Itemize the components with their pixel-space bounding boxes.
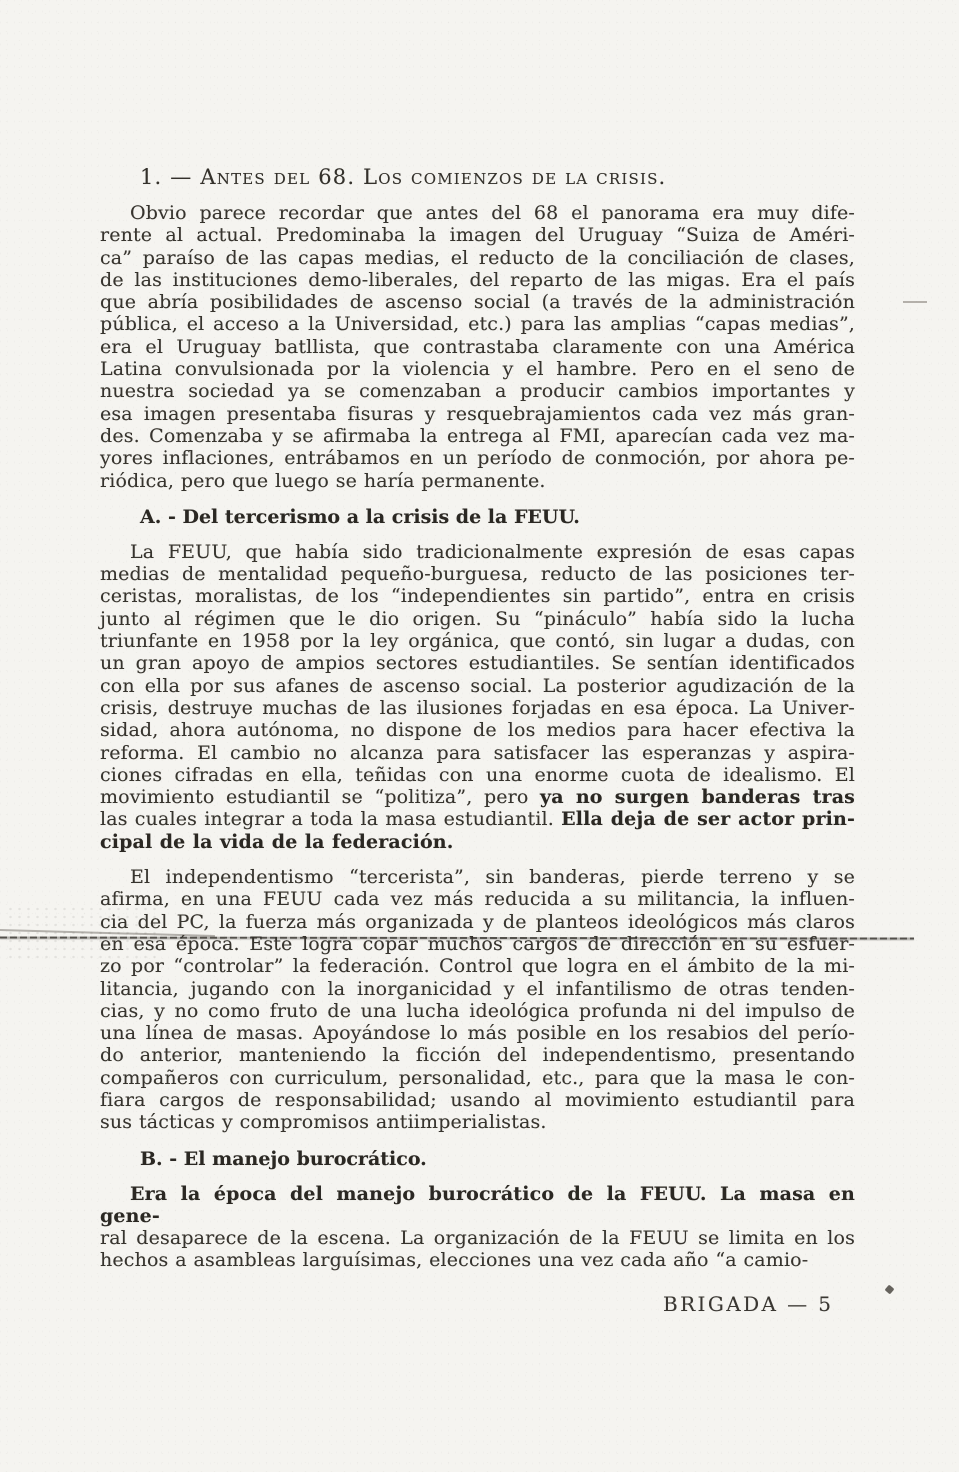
text-line: hechos a asambleas larguísimas, eleccion… <box>100 1249 855 1271</box>
text-line: que abría posibilidades de ascenso socia… <box>100 291 855 313</box>
text-line: litancia, jugando con la inorganicidad y… <box>100 978 855 1000</box>
text-line: ral desaparece de la escena. La organiza… <box>100 1227 855 1249</box>
document-body: 1. — Antes del 68. Los comienzos de la c… <box>100 165 855 1285</box>
text-line: des. Comenzaba y se afirmaba la entrega … <box>100 425 855 447</box>
text-line: pública, el acceso a la Universidad, etc… <box>100 313 855 335</box>
text-line: riódica, pero que luego se haría permane… <box>100 470 855 492</box>
text-line: Latina convulsionada por la violencia y … <box>100 358 855 380</box>
text-line: era el Uruguay batllista, que contrastab… <box>100 336 855 358</box>
text-line: rente al actual. Predominaba la imagen d… <box>100 224 855 246</box>
page-footer: BRIGADA — 5 <box>663 1292 833 1316</box>
text-line: de las instituciones demo-liberales, del… <box>100 269 855 291</box>
text-line: sus tácticas y compromisos antiimperiali… <box>100 1111 855 1133</box>
text-line: nuestra sociedad ya se comenzaban a prod… <box>100 380 855 402</box>
text-line: triunfante en 1958 por la ley orgánica, … <box>100 630 855 652</box>
text-line: yores inflaciones, entrábamos en un perí… <box>100 447 855 469</box>
text-line: cias, y no como fruto de una lucha ideol… <box>100 1000 855 1022</box>
text-line: zo por “controlar” la federación. Contro… <box>100 955 855 977</box>
text-line: crisis, destruye muchas de las ilusiones… <box>100 697 855 719</box>
text-line: una línea de masas. Apoyándose lo más po… <box>100 1022 855 1044</box>
text-line: La FEUU, que había sido tradicionalmente… <box>100 541 855 563</box>
text-line: compañeros con curriculum, personalidad,… <box>100 1067 855 1089</box>
scanned-page: 1. — Antes del 68. Los comienzos de la c… <box>0 0 959 1472</box>
text-line: junto al régimen que le dio origen. Su “… <box>100 608 855 630</box>
text-line: las cuales integrar a toda la masa estud… <box>100 808 855 830</box>
para-feuu-crisis: La FEUU, que había sido tradicionalmente… <box>100 541 855 853</box>
text-line: un gran apoyo de ampios sectores estudia… <box>100 652 855 674</box>
text-line: fiara cargos de responsabilidad; usando … <box>100 1089 855 1111</box>
text-line: sidad, ahora autónoma, no dispone de los… <box>100 719 855 741</box>
margin-dash-artifact <box>903 301 927 303</box>
text-line: reforma. El cambio no alcanza para satis… <box>100 742 855 764</box>
text-line: esa imagen presentaba fisuras y resquebr… <box>100 403 855 425</box>
text-line: movimiento estudiantil se “politiza”, pe… <box>100 786 855 808</box>
text-line: Era la época del manejo burocrático de l… <box>100 1183 855 1228</box>
text-line: ciones cifradas en ella, teñidas con una… <box>100 764 855 786</box>
text-line: ceristas, moralistas, de los “independie… <box>100 585 855 607</box>
text-line: ca” paraíso de las capas medias, el redu… <box>100 247 855 269</box>
main-heading: 1. — Antes del 68. Los comienzos de la c… <box>140 165 855 189</box>
text-line: con ella por sus afanes de ascenso socia… <box>100 675 855 697</box>
text-line: Obvio parece recordar que antes del 68 e… <box>100 202 855 224</box>
ink-speck-artifact <box>885 1285 895 1295</box>
para-manejo-burocratico: Era la época del manejo burocrático de l… <box>100 1183 855 1272</box>
section-b-heading: B. - El manejo burocrático. <box>140 1148 855 1170</box>
text-line: medias de mentalidad pequeño-burguesa, r… <box>100 563 855 585</box>
section-a-heading: A. - Del tercerismo a la crisis de la FE… <box>140 506 855 528</box>
text-line: do anterior, manteniendo la ficción del … <box>100 1044 855 1066</box>
text-line: afirma, en una FEUU cada vez más reducid… <box>100 888 855 910</box>
para-antes-del-68: Obvio parece recordar que antes del 68 e… <box>100 202 855 492</box>
text-line: El independentismo “tercerista”, sin ban… <box>100 866 855 888</box>
text-line: cia del PC, la fuerza más organizada y d… <box>100 911 855 933</box>
para-independentismo: El independentismo “tercerista”, sin ban… <box>100 866 855 1134</box>
text-line: cipal de la vida de la federación. <box>100 831 855 853</box>
